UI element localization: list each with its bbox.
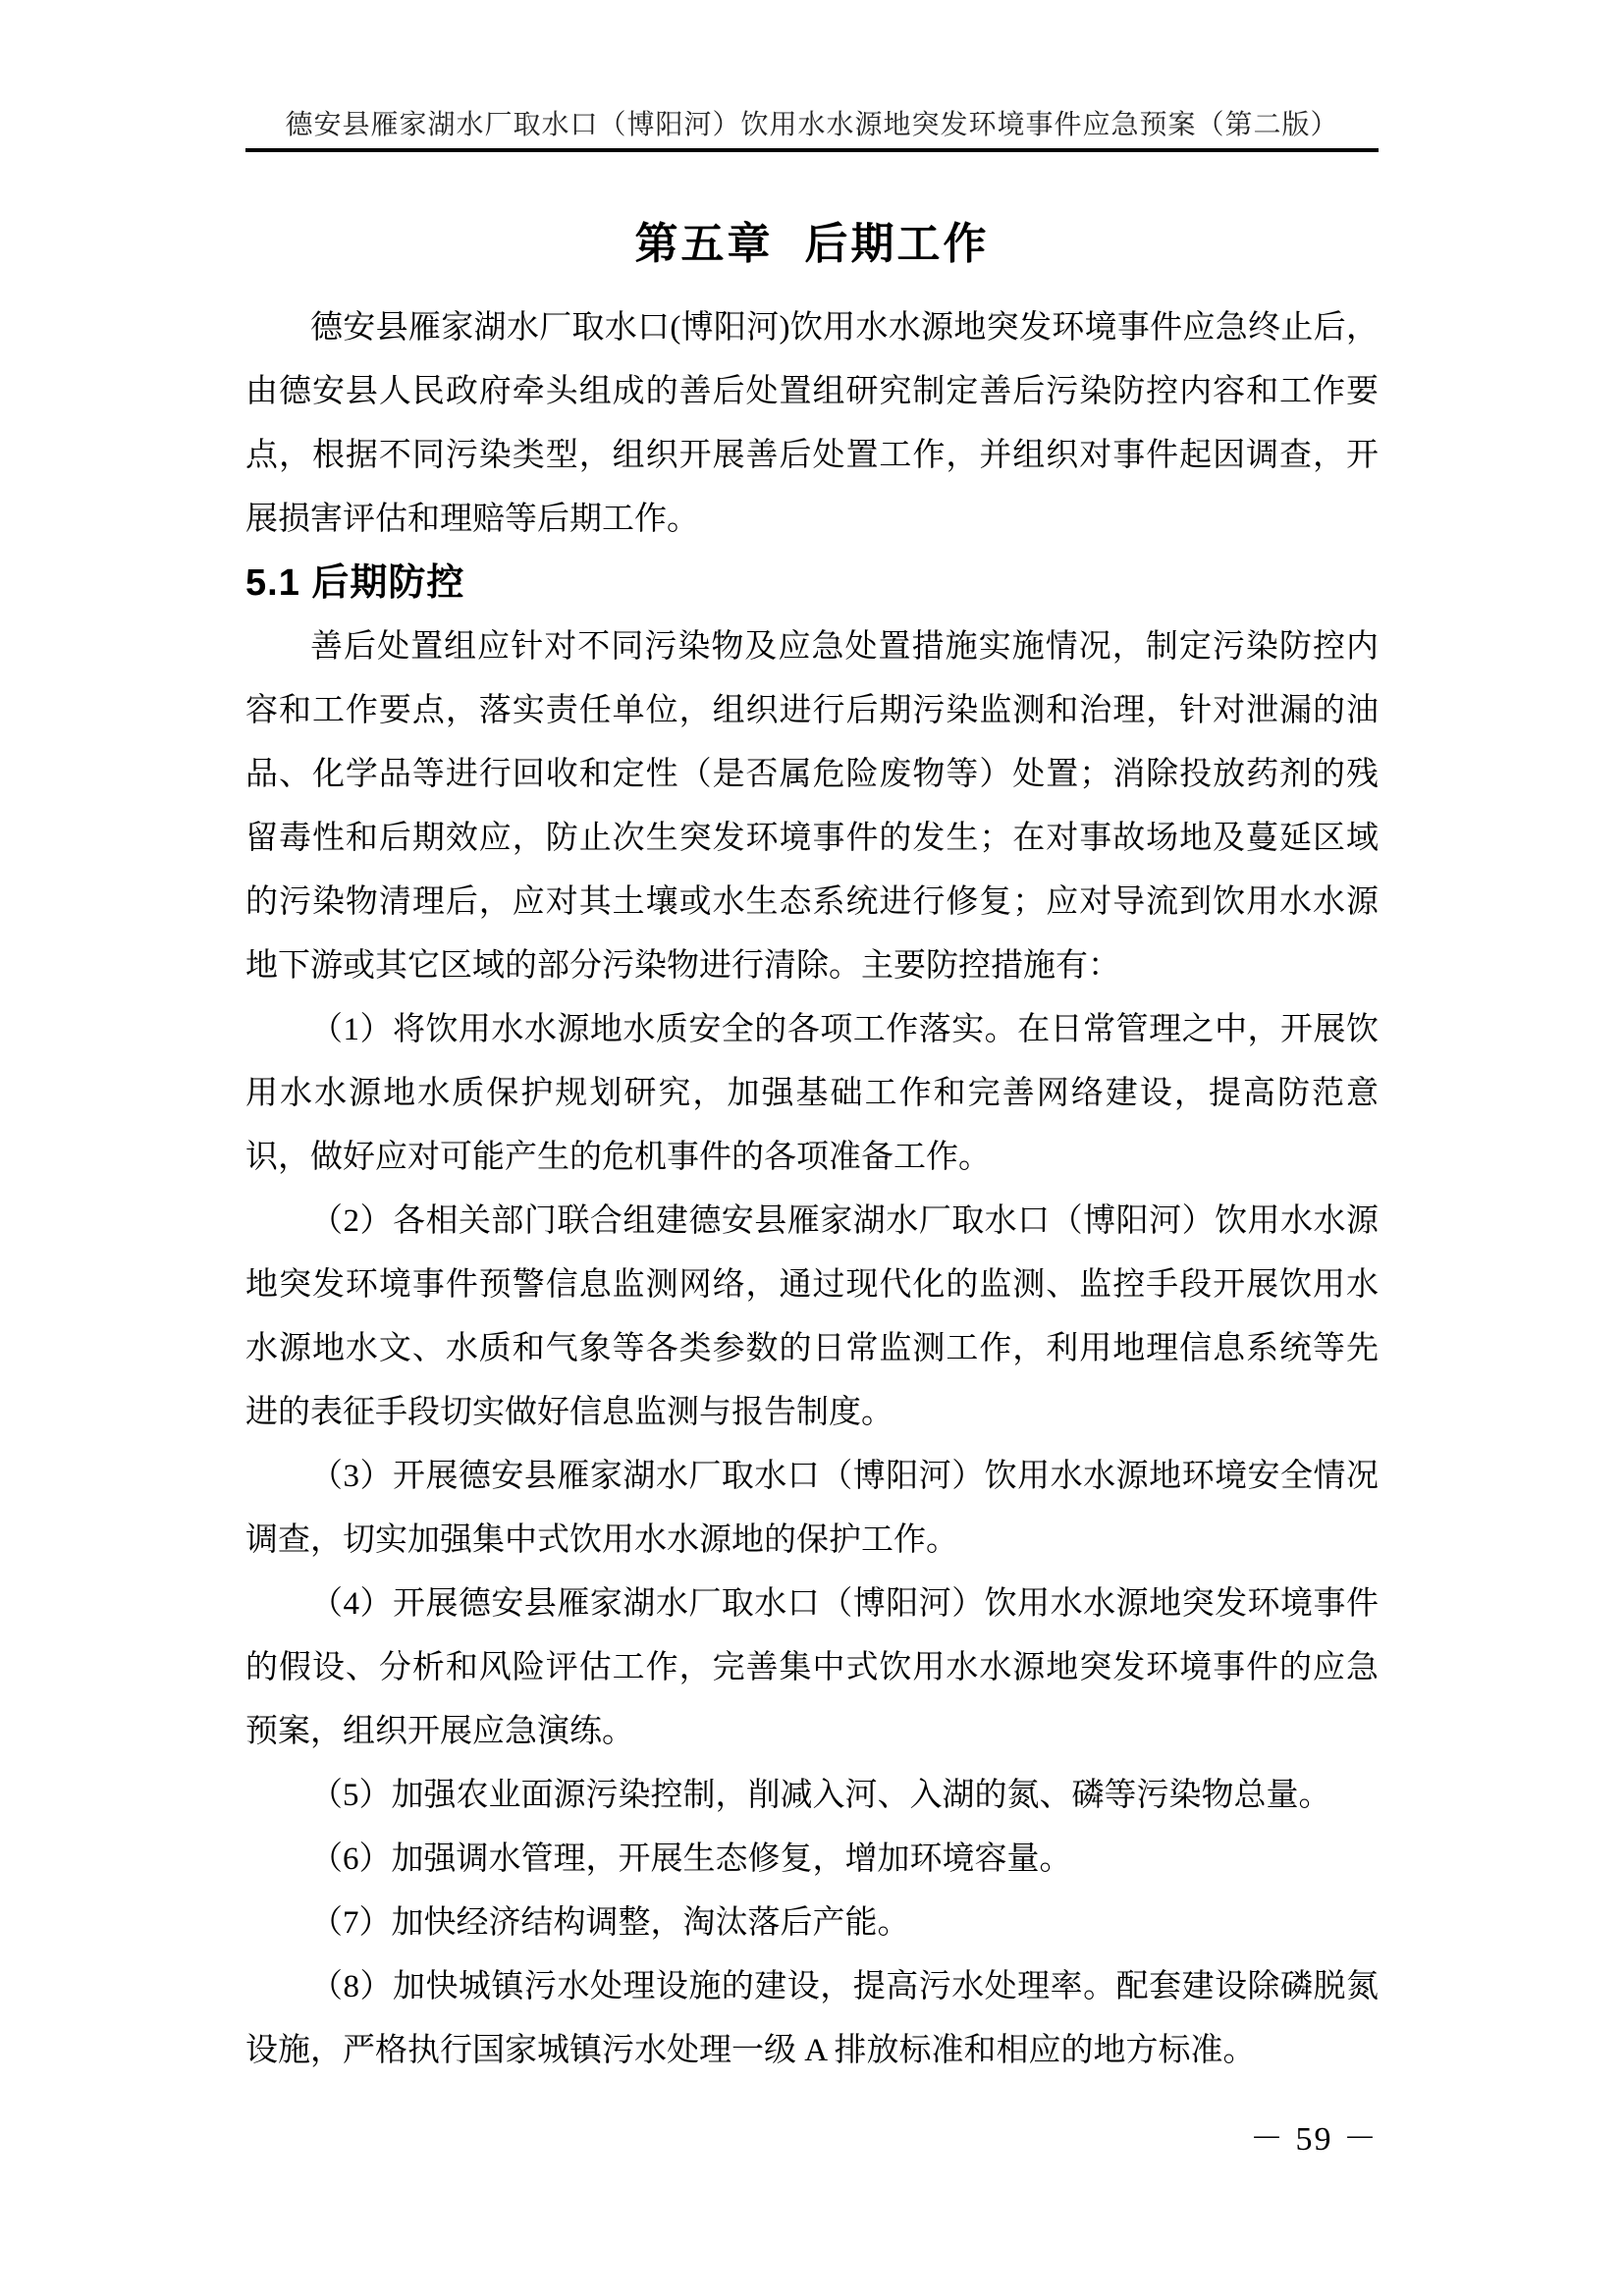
page-footer: － 59 －: [245, 2118, 1379, 2162]
measure-item-1: （1）将饮用水水源地水质安全的各项工作落实。在日常管理之中，开展饮用水水源地水质…: [245, 998, 1379, 1190]
measure-item-3: （3）开展德安县雁家湖水厂取水口（博阳河）饮用水水源地环境安全情况调查，切实加强…: [245, 1445, 1379, 1573]
running-header: 德安县雁家湖水厂取水口（博阳河）饮用水水源地突发环境事件应急预案（第二版）: [245, 108, 1379, 143]
measure-item-5: （5）加强农业面源污染控制，削减入河、入湖的氮、磷等污染物总量。: [245, 1764, 1379, 1828]
paragraph-prevention-overview: 善后处置组应针对不同污染物及应急处置措施实施情况，制定污染防控内容和工作要点，落…: [245, 615, 1379, 998]
measure-item-7: （7）加快经济结构调整，淘汰落后产能。: [245, 1892, 1379, 1955]
measure-item-6: （6）加强调水管理，开展生态修复，增加环境容量。: [245, 1828, 1379, 1892]
section-heading-5-1: 5.1 后期防控: [245, 552, 1379, 615]
paragraph-intro: 德安县雁家湖水厂取水口(博阳河)饮用水水源地突发环境事件应急终止后，由德安县人民…: [245, 296, 1379, 552]
header-rule: [245, 148, 1379, 152]
measure-item-8: （8）加快城镇污水处理设施的建设，提高污水处理率。配套建设除磷脱氮设施，严格执行…: [245, 1955, 1379, 2083]
measure-item-2: （2）各相关部门联合组建德安县雁家湖水厂取水口（博阳河）饮用水水源地突发环境事件…: [245, 1190, 1379, 1445]
page-number: － 59 －: [1250, 2121, 1379, 2158]
chapter-title: 第五章 后期工作: [0, 208, 1624, 271]
document-content: 德安县雁家湖水厂取水口(博阳河)饮用水水源地突发环境事件应急终止后，由德安县人民…: [245, 296, 1379, 2083]
measure-item-4: （4）开展德安县雁家湖水厂取水口（博阳河）饮用水水源地突发环境事件的假设、分析和…: [245, 1573, 1379, 1764]
document-page: 德安县雁家湖水厂取水口（博阳河）饮用水水源地突发环境事件应急预案（第二版） 第五…: [0, 0, 1624, 2296]
